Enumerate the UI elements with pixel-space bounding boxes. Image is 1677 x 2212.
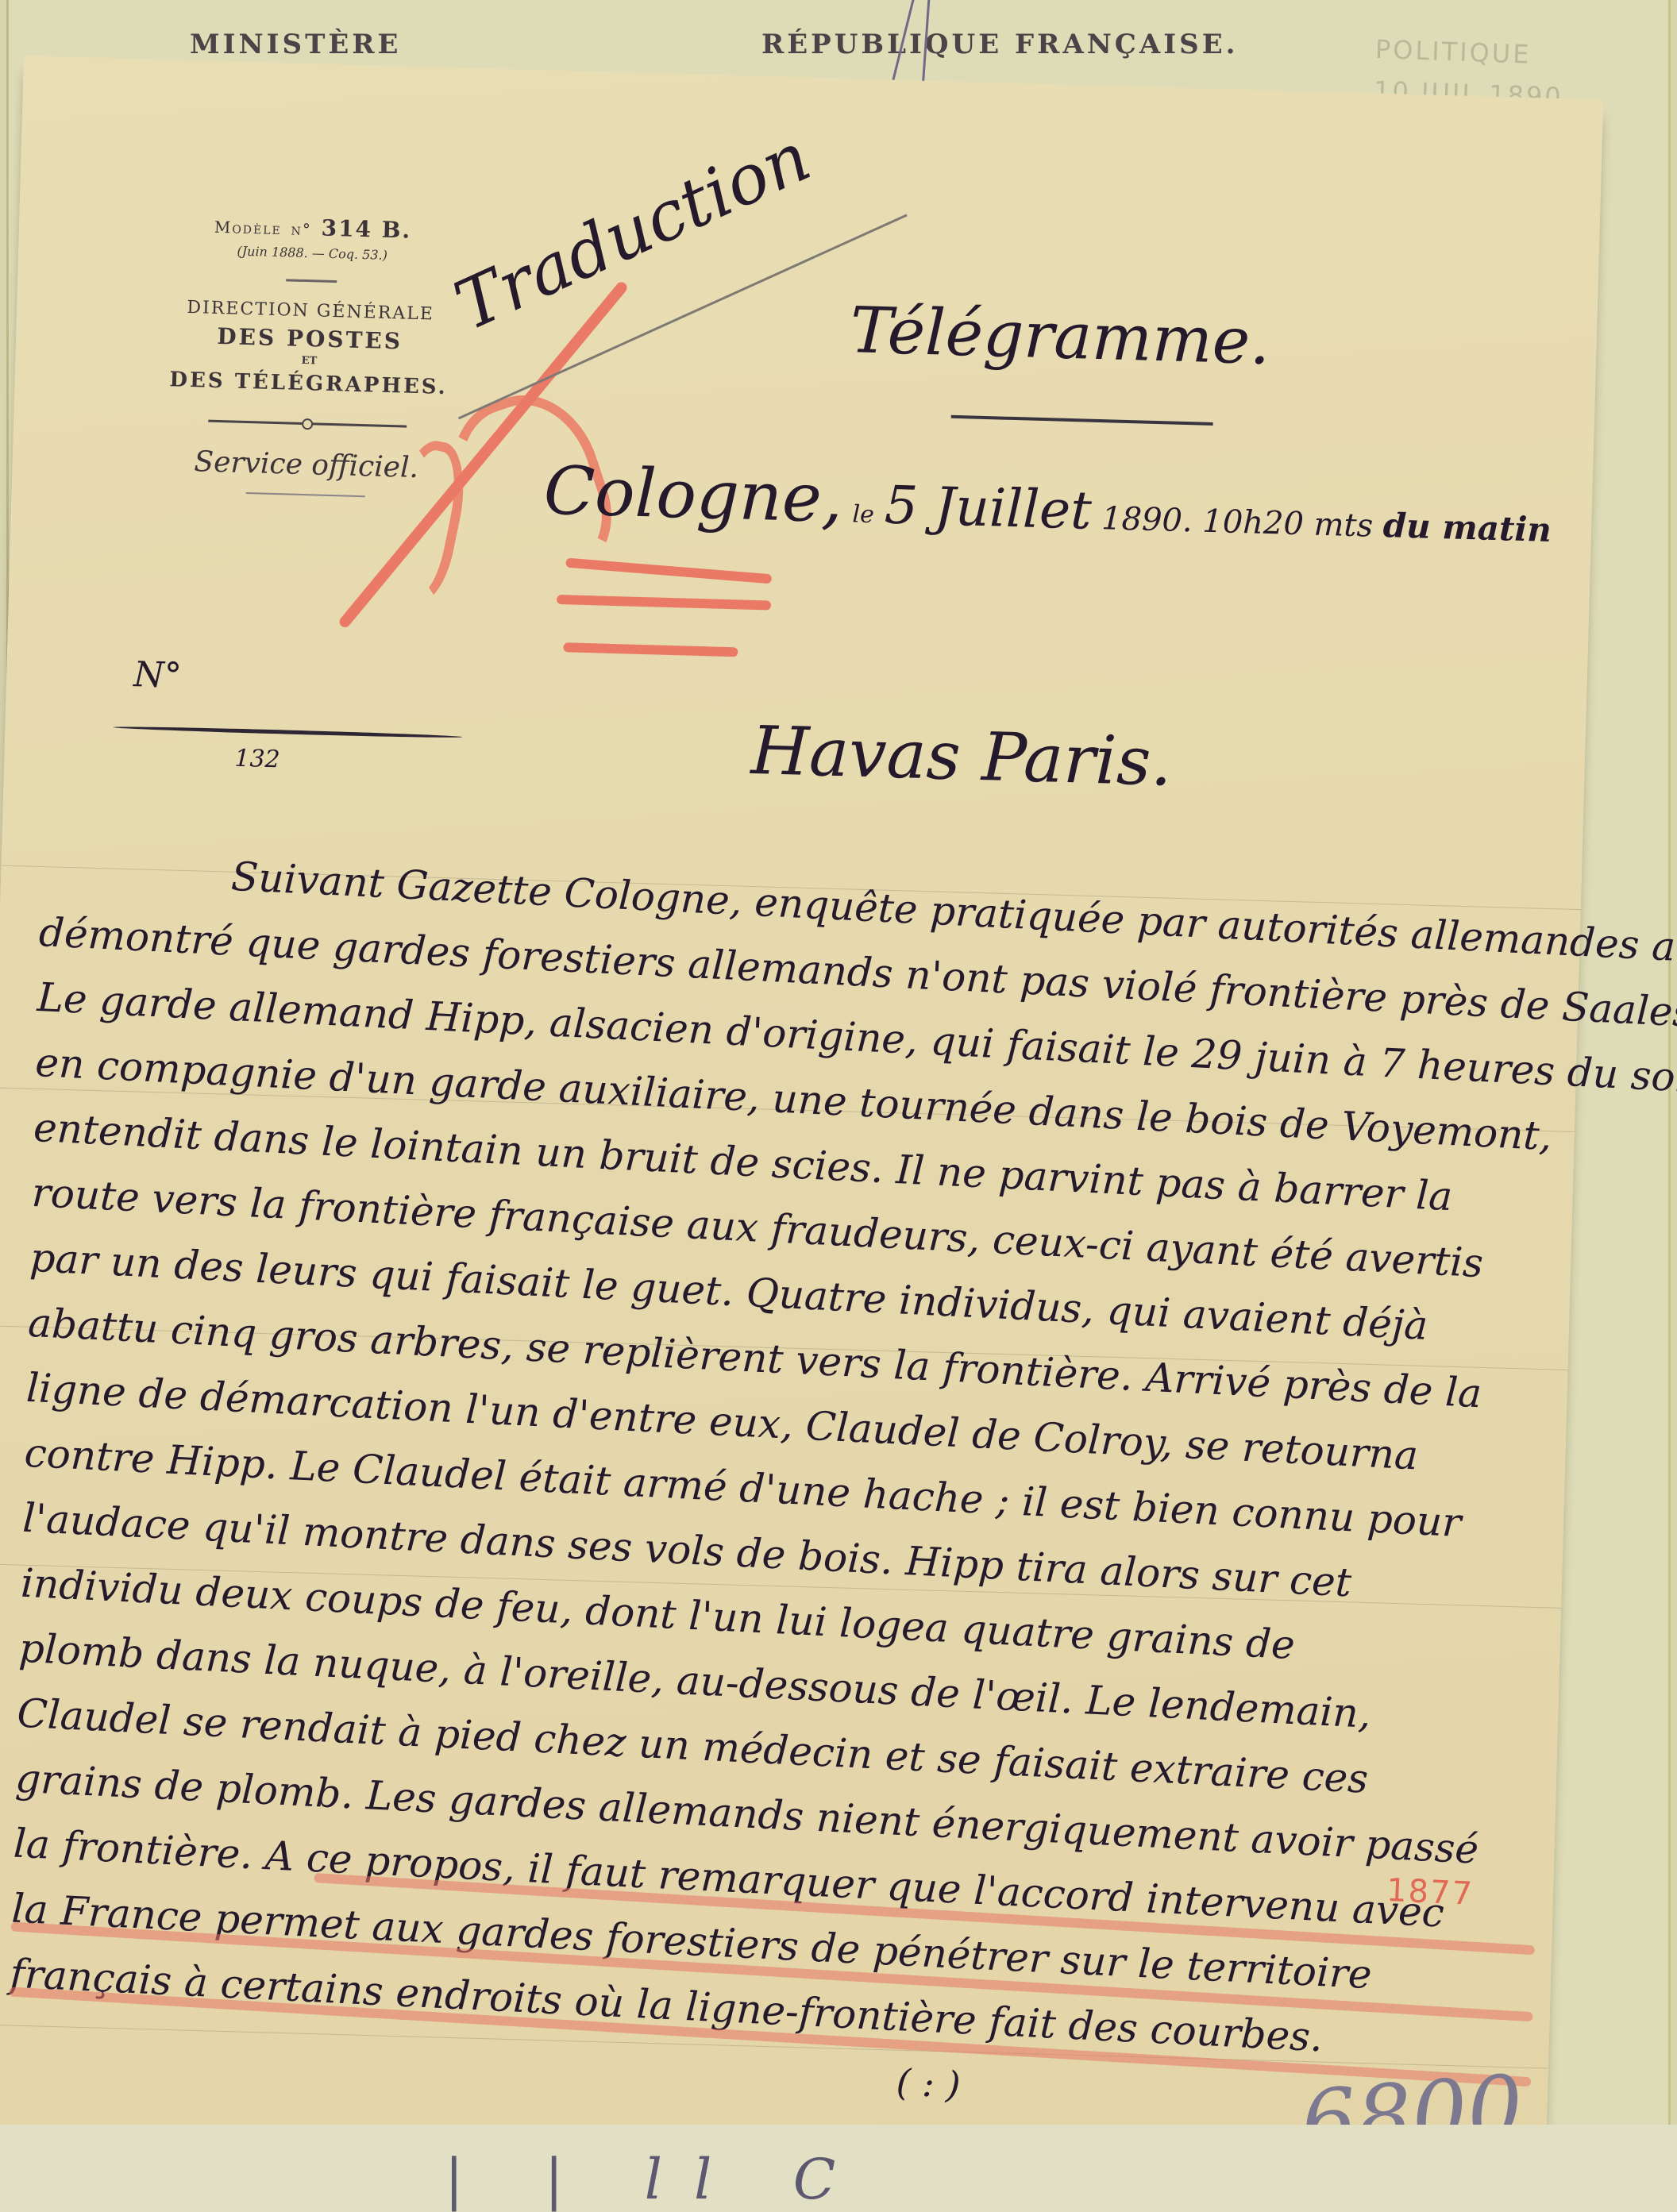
form-model-number: 314 B.	[321, 215, 411, 244]
red-margin-number: 1877	[1386, 1872, 1475, 1913]
addressee: Havas Paris.	[750, 711, 1174, 801]
header-republique-francaise: RÉPUBLIQUE FRANÇAISE.	[761, 29, 1238, 60]
time: 10h20 mts	[1202, 503, 1374, 545]
faint-stamp-line: POLITIQUE	[1374, 29, 1565, 76]
issuer-direction: DIRECTION GÉNÉRALE	[144, 296, 478, 326]
date-prefix: le	[852, 500, 874, 529]
number-label: N°	[133, 654, 183, 696]
ornamental-divider	[208, 420, 407, 428]
place-and-date: Cologne, le 5 Juillet 1890. 10h20 mts du…	[543, 452, 1553, 557]
number-value: 132	[234, 745, 280, 774]
title-ornament-rule	[951, 415, 1213, 426]
red-crayon-underline	[557, 595, 771, 611]
form-model-label: Modèle	[214, 218, 283, 238]
date-year: 1890.	[1101, 500, 1193, 539]
underlying-page-strip: | | ll C	[0, 2125, 1677, 2212]
place: Cologne,	[543, 452, 844, 538]
telegram-form-sheet: Modèle n° 314 B. (Juin 1888. — Coq. 53.)…	[0, 56, 1603, 2179]
time-suffix: du matin	[1382, 506, 1552, 549]
telegram-body: Suivant Gazette Cologne, enquête pratiqu…	[7, 834, 1566, 2114]
form-model: Modèle n° 314 B.	[146, 210, 480, 245]
header-ministere: MINISTÈRE	[190, 29, 401, 60]
form-model-prefix: n°	[291, 219, 312, 239]
telegram-title: Télégramme.	[849, 293, 1270, 379]
red-crayon-underline	[565, 558, 772, 584]
divider	[286, 279, 337, 283]
number-flourish	[113, 725, 462, 738]
form-edition: (Juin 1888. — Coq. 53.)	[145, 241, 479, 265]
divider	[246, 492, 365, 497]
traduction-annotation: Traduction	[444, 118, 822, 346]
red-crayon-underline	[563, 642, 738, 657]
date-day: 5 Juillet	[884, 475, 1093, 541]
underlying-handwriting: | | ll C	[445, 2147, 867, 2212]
issuer-telegraphes: DES TÉLÉGRAPHES.	[141, 367, 476, 400]
